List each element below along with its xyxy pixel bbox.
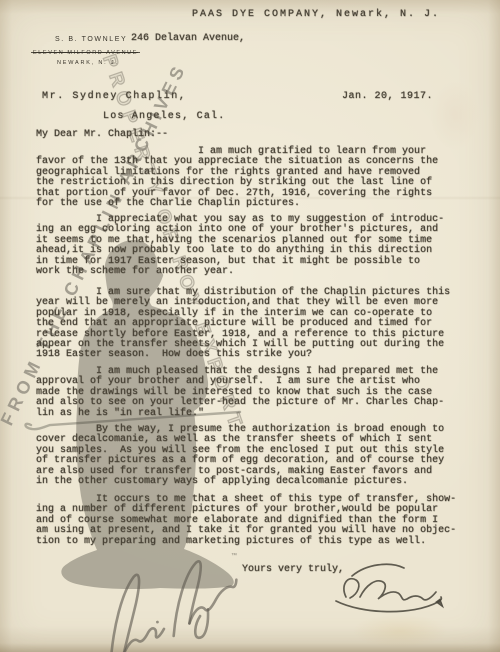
addressee-name: Mr. Sydney Chaplin, [42,92,186,102]
paper-stain [352,614,448,648]
paragraph-1: I am much gratified to learn from your f… [36,147,476,209]
typed-street-address: 246 Delavan Avenue, [131,34,245,44]
salutation: My Dear Mr. Chaplin:-- [36,130,168,140]
letterhead-old-address-struck: ELEVEN MILFORD AVENUE [33,50,138,56]
paragraph-3: I am sure that my distribution of the Ch… [36,288,476,361]
paragraph-4: I am much pleased that the designs I had… [36,367,476,419]
trademark-symbol: ™ [231,553,237,559]
letterhead-city: NEWARK, N. J. [57,60,119,66]
paper-stain [430,80,480,150]
company-line: PAAS DYE COMPANY, Newark, N. J. [192,10,440,20]
letter-page: FROM THE CHAPLIN ARCHIVES PROPERTY OF RO… [0,0,500,652]
letter-date: Jan. 20, 1917. [342,92,433,102]
addressee-city: Los Angeles, Cal. [103,112,225,122]
letterhead-sender-name: S. B. TOWNLEY [55,36,127,43]
valediction: Yours very truly, [242,565,344,575]
paragraph-6: It occurs to me that a sheet of this typ… [36,495,476,547]
paragraph-2: I appreciate what you say as to my sugge… [36,215,476,277]
paragraph-5: By the way, I presume the authorization … [36,425,476,487]
